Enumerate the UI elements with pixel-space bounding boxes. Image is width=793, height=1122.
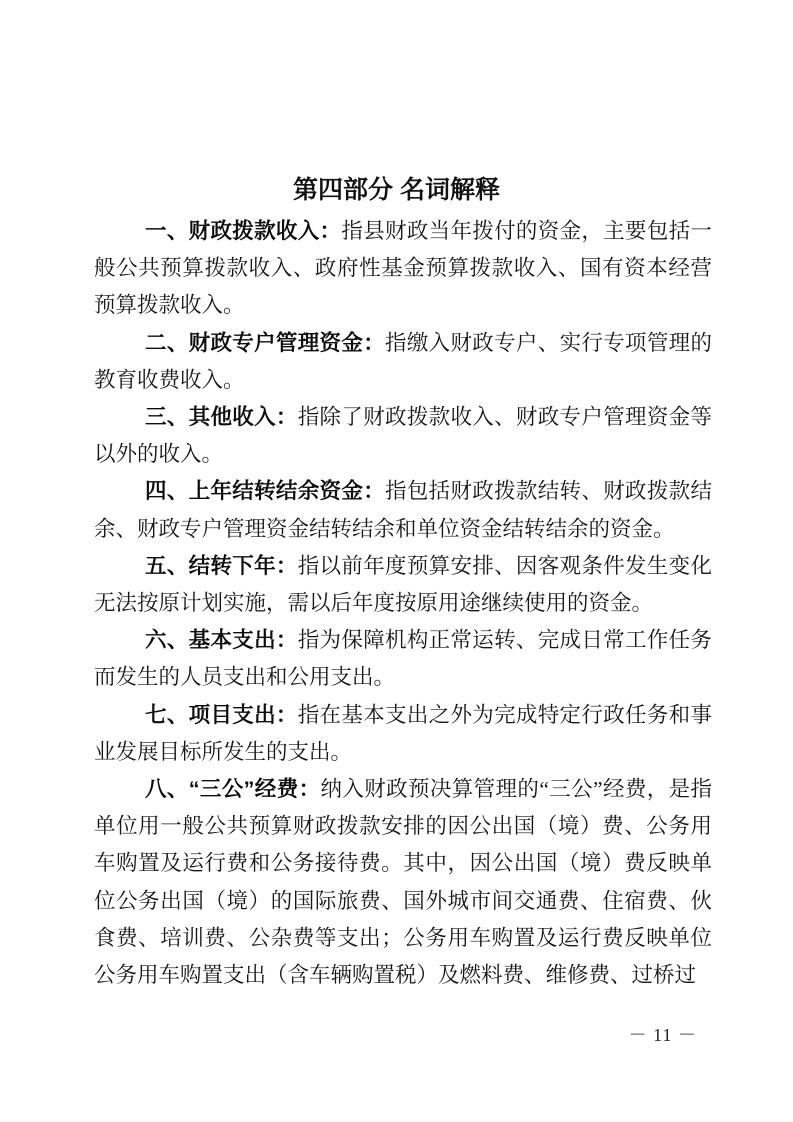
glossary-term-label: 六、基本支出： — [145, 628, 298, 652]
glossary-term-label: 三、其他收入： — [145, 405, 298, 429]
glossary-term-label: 一、财政拨款收入： — [145, 219, 341, 243]
glossary-paragraph: 七、项目支出：指在基本支出之外为完成特定行政任务和事业发展目标所发生的支出。 — [94, 697, 712, 771]
glossary-term-label: 二、财政专户管理资金： — [145, 331, 385, 355]
glossary-term-definition: 纳入财政预决算管理的“三公”经费，是指单位用一般公共预算财政拨款安排的因公出国（… — [94, 777, 712, 987]
glossary-paragraph: 二、财政专户管理资金：指缴入财政专户、实行专项管理的教育收费收入。 — [94, 325, 712, 399]
glossary-paragraph: 三、其他收入：指除了财政拨款收入、财政专户管理资金等以外的收入。 — [94, 399, 712, 473]
glossary-term-label: 八、“三公”经费： — [145, 777, 320, 801]
page-title: 第四部分 名词解释 — [0, 175, 793, 205]
glossary-paragraph: 六、基本支出：指为保障机构正常运转、完成日常工作任务而发生的人员支出和公用支出。 — [94, 622, 712, 696]
document-page: 第四部分 名词解释 一、财政拨款收入：指县财政当年拨付的资金，主要包括一般公共预… — [0, 0, 793, 1122]
glossary-term-label: 四、上年结转结余资金： — [145, 479, 385, 503]
glossary-paragraph: 四、上年结转结余资金：指包括财政拨款结转、财政拨款结余、财政专户管理资金结转结余… — [94, 473, 712, 547]
glossary-paragraph: 八、“三公”经费：纳入财政预决算管理的“三公”经费，是指单位用一般公共预算财政拨… — [94, 771, 712, 994]
glossary-term-label: 七、项目支出： — [145, 703, 298, 727]
glossary-term-label: 五、结转下年： — [145, 554, 298, 578]
glossary-body: 一、财政拨款收入：指县财政当年拨付的资金，主要包括一般公共预算拨款收入、政府性基… — [94, 213, 712, 994]
glossary-paragraph: 五、结转下年：指以前年度预算安排、因客观条件发生变化无法按原计划实施，需以后年度… — [94, 548, 712, 622]
page-number: － 11 － — [629, 1024, 697, 1046]
glossary-paragraph: 一、财政拨款收入：指县财政当年拨付的资金，主要包括一般公共预算拨款收入、政府性基… — [94, 213, 712, 325]
